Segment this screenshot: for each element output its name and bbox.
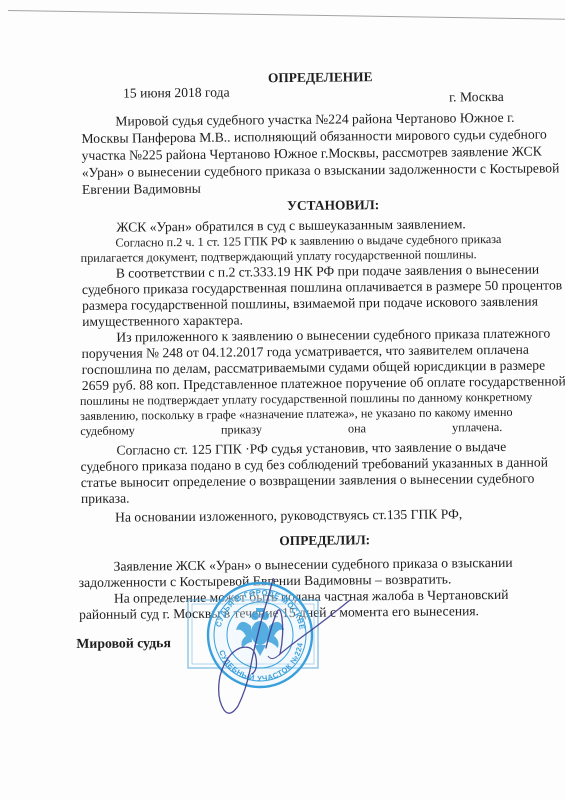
established-line: приказа. (81, 490, 130, 507)
established-line: На основании изложенного, руководствуясь… (115, 505, 462, 525)
signature-icon (180, 578, 380, 718)
established-line: размера государственной пошлины, взимаем… (82, 293, 501, 314)
court-stamp: СУДЬЯ В ГОРОДЕ МОСКВЕ СУДЕБНЫЙ УЧАСТОК №… (180, 578, 380, 718)
intro-line: Евгении Вадимовны (82, 180, 201, 198)
established-line: статье выносит определение о возвращении… (81, 470, 503, 491)
section-heading-decided: ОПРЕДЕЛИЛ: (279, 531, 370, 549)
document-title: ОПРЕДЕЛЕНИЕ (268, 68, 373, 86)
document-date: 15 июня 2018 года (123, 84, 230, 102)
scanned-document-page: ОПРЕДЕЛЕНИЕ 15 июня 2018 года г. Москва … (0, 0, 565, 800)
established-line: судебному приказу она уплачена. (80, 419, 502, 440)
intro-line: «Уран» о вынесении судебного приказа о в… (82, 160, 501, 181)
document-city: г. Москва (449, 88, 504, 106)
section-heading-established: УСТАНОВИЛ: (287, 196, 379, 214)
signature-label: Мировой судья (76, 634, 171, 652)
